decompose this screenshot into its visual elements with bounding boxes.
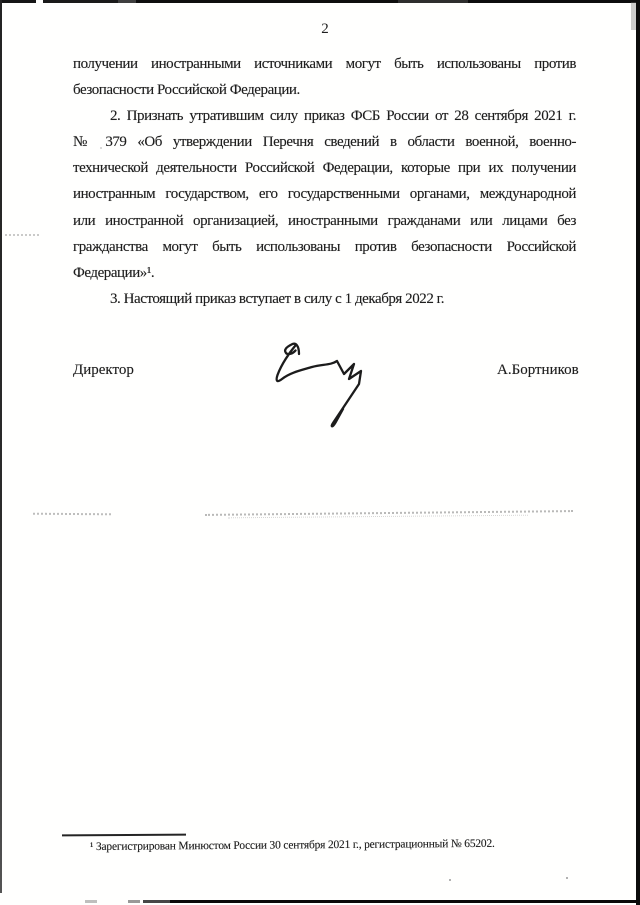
paragraph-line: 3. Настоящий приказ вступает в силу с 1 …	[73, 286, 576, 312]
footnote-rule	[62, 834, 186, 837]
scan-speck	[100, 147, 102, 149]
scan-edge-top	[0, 0, 640, 3]
paragraph-line: Федерации»¹.	[73, 260, 576, 286]
paragraph-line: безопасности Российской Федерации.	[73, 77, 576, 103]
scan-edge-bottom	[85, 900, 640, 903]
paragraph-line: № 379 «Об утверждении Перечня сведений в…	[73, 129, 576, 155]
paragraph-line: получении иностранными источниками могут…	[73, 51, 576, 77]
footnote-text: ¹ Зарегистрирован Минюстом России 30 сен…	[90, 838, 510, 853]
handwritten-signature-icon	[255, 333, 385, 438]
paragraph-line: или иностранной организацией, иностранны…	[73, 208, 576, 234]
scan-speck	[566, 877, 568, 879]
paragraph-line: иностранным государством, его государств…	[73, 181, 576, 207]
signature-title: Директор	[73, 362, 134, 379]
paragraph-line: 2. Признать утратившим силу приказ ФСБ Р…	[73, 103, 576, 129]
scan-speck	[449, 879, 451, 881]
scan-noise-specks	[5, 234, 39, 236]
signatory-name: А.Бортников	[497, 362, 579, 379]
page-number: 2	[0, 21, 640, 38]
scan-noise-band	[228, 515, 528, 519]
scan-edge-left	[0, 0, 2, 893]
paragraph-line: гражданства могут быть использованы прот…	[73, 234, 576, 260]
scan-noise-band	[33, 513, 111, 516]
scanned-document-page: 2 получении иностранными источниками мог…	[0, 0, 640, 905]
paragraph-line: технической деятельности Российской Феде…	[73, 155, 576, 181]
body-text: получении иностранными источниками могут…	[73, 51, 576, 312]
scan-edge-right	[636, 0, 640, 905]
